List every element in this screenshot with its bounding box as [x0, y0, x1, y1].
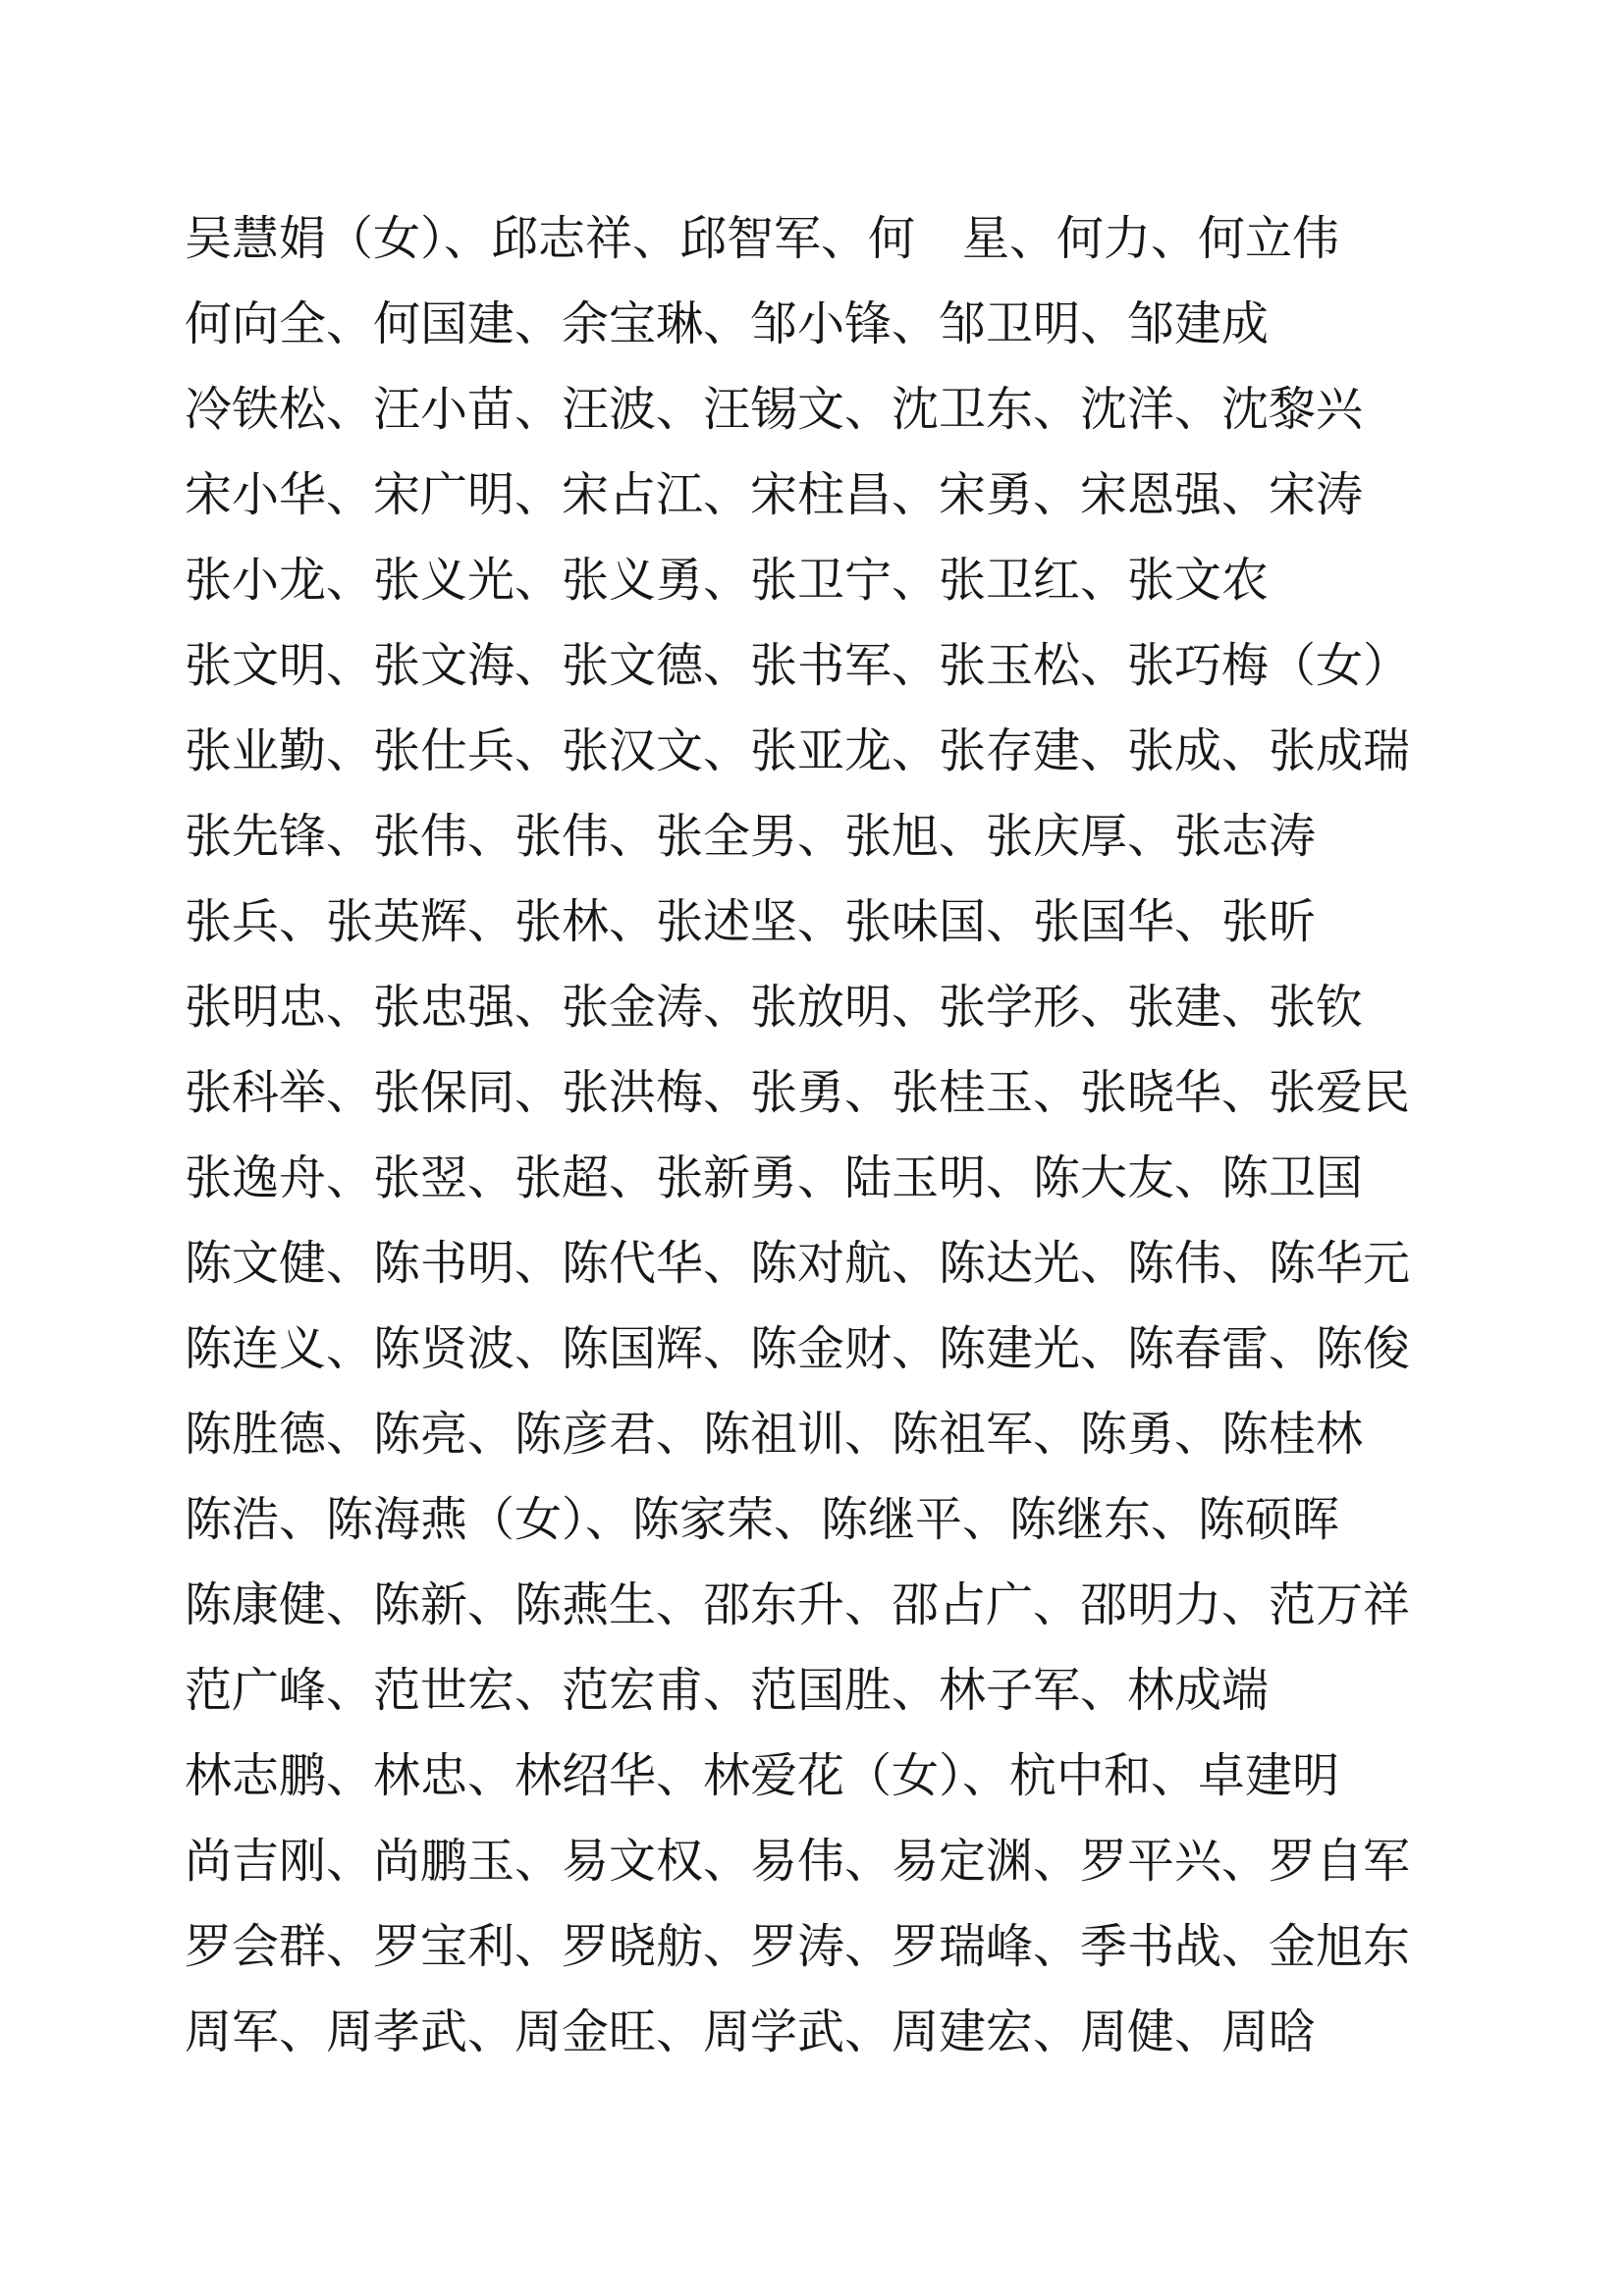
name-list-line: 张科举、张保同、张洪梅、张勇、张桂玉、张晓华、张爱民 — [185, 1050, 1414, 1136]
name-list-line: 张先锋、张伟、张伟、张全男、张旭、张庆厚、张志涛 — [185, 794, 1414, 880]
name-list-line: 张小龙、张义光、张义勇、张卫宁、张卫红、张文农 — [185, 538, 1414, 623]
name-list-line: 何向全、何国建、余宝琳、邹小锋、邹卫明、邹建成 — [185, 282, 1414, 367]
name-list-line: 陈文健、陈书明、陈代华、陈对航、陈达光、陈伟、陈华元 — [185, 1221, 1414, 1307]
name-list-line: 陈胜德、陈亮、陈彦君、陈祖训、陈祖军、陈勇、陈桂林 — [185, 1392, 1414, 1477]
name-list-line: 吴慧娟（女）、邱志祥、邱智军、何 星、何力、何立伟 — [185, 196, 1414, 282]
name-list-line: 周军、周孝武、周金旺、周学武、周建宏、周健、周晗 — [185, 1990, 1414, 2075]
name-list-line: 张逸舟、张翌、张超、张新勇、陆玉明、陈大友、陈卫国 — [185, 1136, 1414, 1221]
name-list-line: 陈连义、陈贤波、陈国辉、陈金财、陈建光、陈春雷、陈俊 — [185, 1307, 1414, 1392]
name-list: 吴慧娟（女）、邱志祥、邱智军、何 星、何力、何立伟 何向全、何国建、余宝琳、邹小… — [185, 196, 1414, 2075]
name-list-line: 林志鹏、林忠、林绍华、林爱花（女）、杭中和、卓建明 — [185, 1734, 1414, 1819]
name-list-line: 陈浩、陈海燕（女）、陈家荣、陈继平、陈继东、陈硕晖 — [185, 1477, 1414, 1563]
name-list-line: 张明忠、张忠强、张金涛、张放明、张学形、张建、张钦 — [185, 965, 1414, 1050]
name-list-line: 罗会群、罗宝利、罗晓舫、罗涛、罗瑞峰、季书战、金旭东 — [185, 1904, 1414, 1990]
name-list-line: 陈康健、陈新、陈燕生、邵东升、邵占广、邵明力、范万祥 — [185, 1563, 1414, 1648]
name-list-line: 范广峰、范世宏、范宏甫、范国胜、林子军、林成端 — [185, 1648, 1414, 1734]
name-list-line: 宋小华、宋广明、宋占江、宋柱昌、宋勇、宋恩强、宋涛 — [185, 453, 1414, 538]
name-list-line: 张兵、张英辉、张林、张述坚、张味国、张国华、张昕 — [185, 880, 1414, 965]
name-list-line: 张文明、张文海、张文德、张书军、张玉松、张巧梅（女） — [185, 623, 1414, 709]
name-list-line: 张业勤、张仕兵、张汉文、张亚龙、张存建、张成、张成瑞 — [185, 709, 1414, 794]
name-list-line: 尚吉刚、尚鹏玉、易文权、易伟、易定渊、罗平兴、罗自军 — [185, 1819, 1414, 1904]
document-page: 吴慧娟（女）、邱志祥、邱智军、何 星、何力、何立伟 何向全、何国建、余宝琳、邹小… — [0, 0, 1624, 2296]
name-list-line: 冷铁松、汪小苗、汪波、汪锡文、沈卫东、沈洋、沈黎兴 — [185, 367, 1414, 453]
